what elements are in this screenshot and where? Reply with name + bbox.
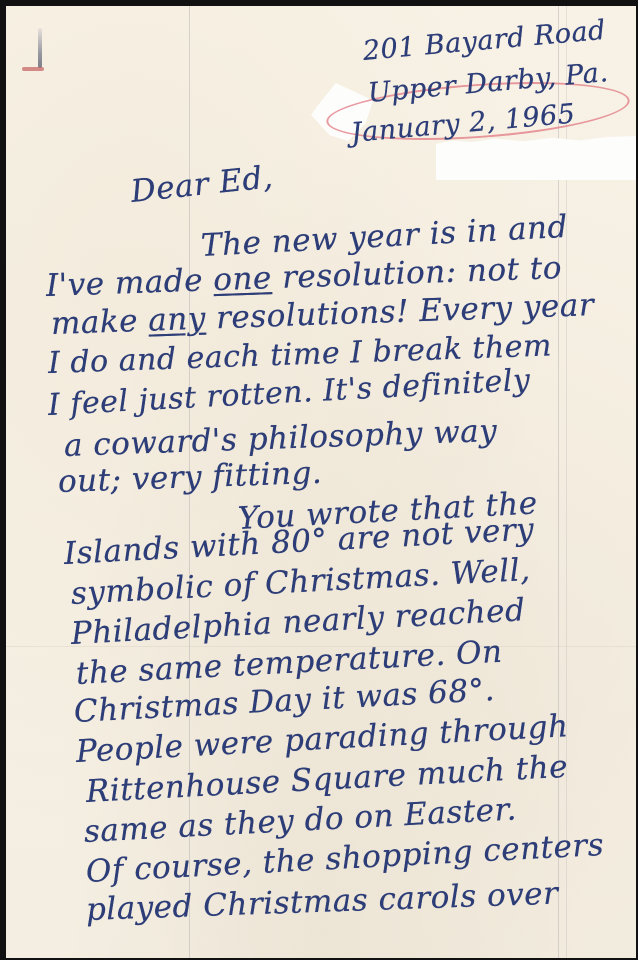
torn-paper-edge <box>436 136 636 180</box>
emphasized-word: one <box>213 260 273 298</box>
emphasized-word: any <box>148 301 207 339</box>
salutation: Dear Ed, <box>129 159 275 210</box>
document-frame: 201 Bayard Road Upper Darby, Pa. January… <box>0 0 638 960</box>
address-line-1: 201 Bayard Road <box>362 15 607 67</box>
letter-paper: 201 Bayard Road Upper Darby, Pa. January… <box>6 6 636 958</box>
corner-ink-mark <box>20 16 48 72</box>
